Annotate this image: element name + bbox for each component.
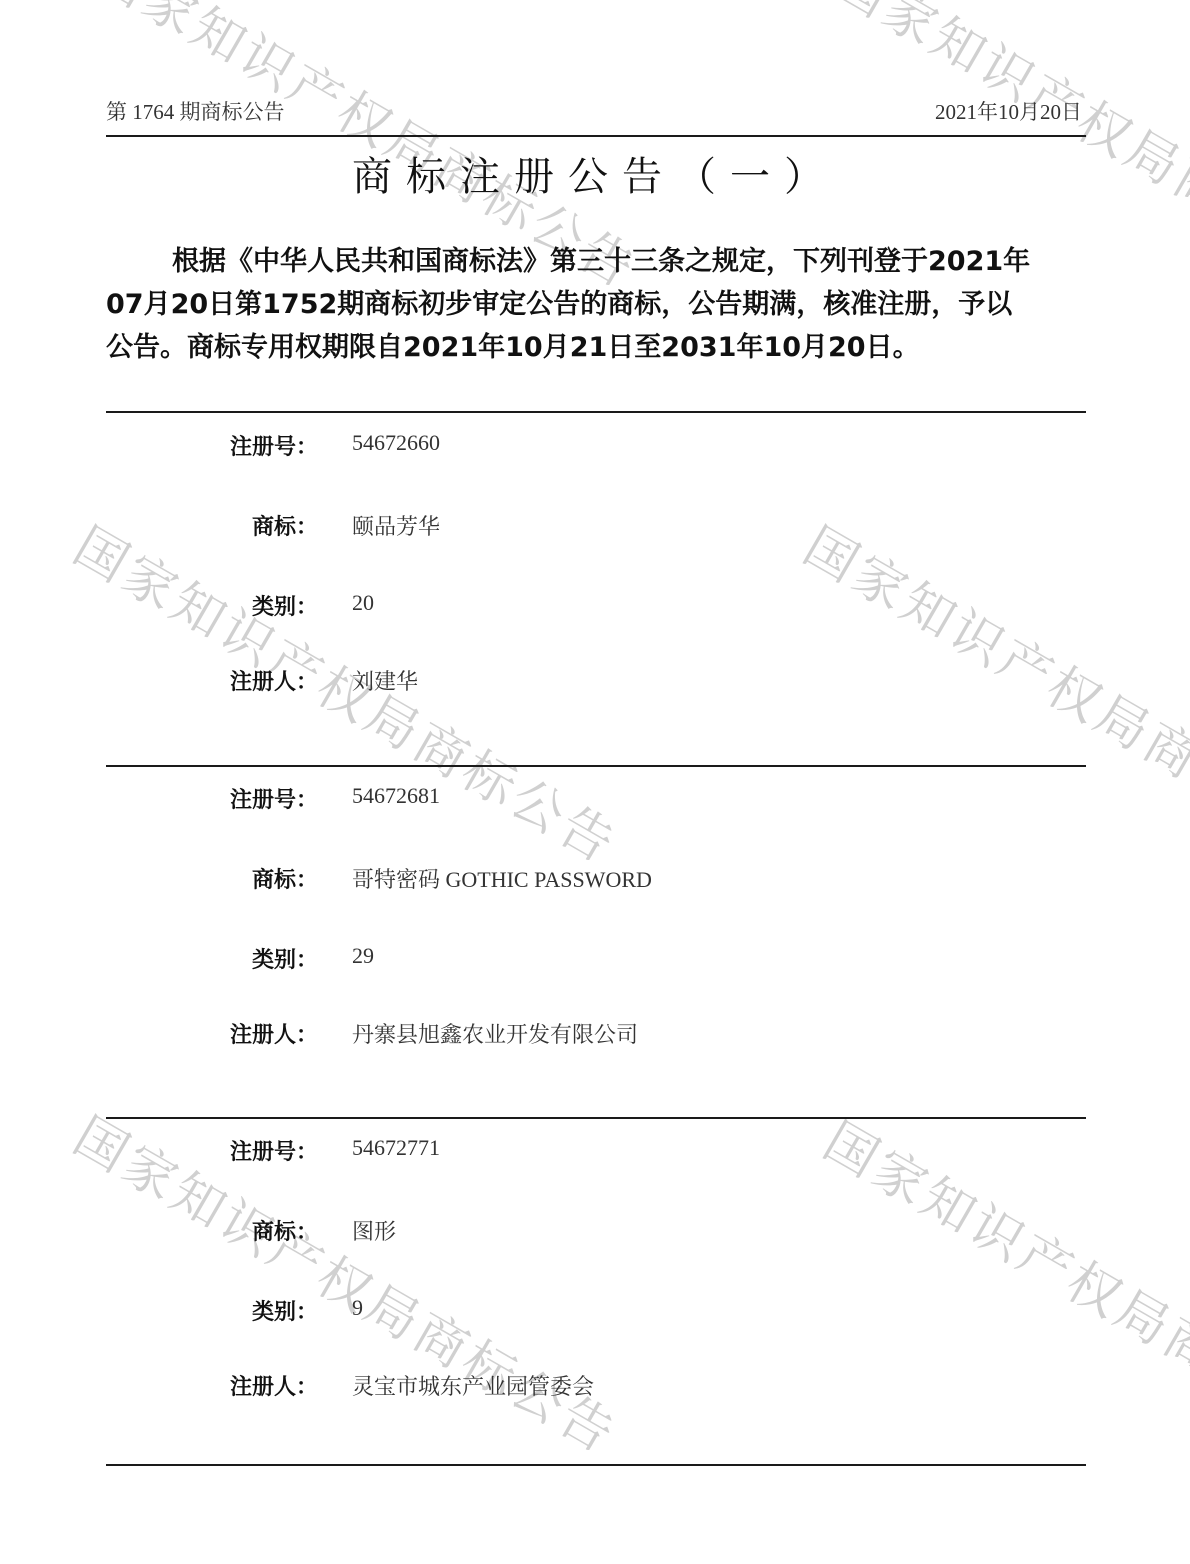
class-value: 29 xyxy=(352,943,374,969)
reg-no-label: 注册号： xyxy=(230,430,318,461)
class-label: 类别： xyxy=(252,943,318,974)
mark-value: 颐品芳华 xyxy=(352,510,440,541)
mark-value: 图形 xyxy=(352,1215,396,1246)
mark-row: 商标： 图形 xyxy=(0,1215,1190,1249)
reg-no-value: 54672681 xyxy=(352,783,440,809)
reg-no-label: 注册号： xyxy=(230,1135,318,1166)
publication-date: 2021年10月20日 xyxy=(935,96,1082,126)
intro-line: 根据《中华人民共和国商标法》第三十三条之规定，下列刊登于2021年 xyxy=(106,240,1088,283)
reg-no-row: 注册号： 54672681 xyxy=(0,783,1190,817)
registrant-value: 灵宝市城东产业园管委会 xyxy=(352,1370,594,1401)
registrant-row: 注册人： 丹寨县旭鑫农业开发有限公司 xyxy=(0,1018,1190,1052)
entry-divider xyxy=(106,1117,1086,1119)
registrant-value: 刘建华 xyxy=(352,665,418,696)
class-value: 20 xyxy=(352,590,374,616)
mark-label: 商标： xyxy=(252,1215,318,1246)
class-label: 类别： xyxy=(252,590,318,621)
registrant-label: 注册人： xyxy=(230,1018,318,1049)
class-label: 类别： xyxy=(252,1295,318,1326)
mark-value: 哥特密码 GOTHIC PASSWORD xyxy=(352,863,652,894)
mark-row: 商标： 哥特密码 GOTHIC PASSWORD xyxy=(0,863,1190,897)
reg-no-value: 54672660 xyxy=(352,430,440,456)
class-row: 类别： 20 xyxy=(0,590,1190,624)
class-value: 9 xyxy=(352,1295,363,1321)
reg-no-value: 54672771 xyxy=(352,1135,440,1161)
intro-paragraph: 根据《中华人民共和国商标法》第三十三条之规定，下列刊登于2021年 07月20日… xyxy=(106,240,1088,369)
mark-label: 商标： xyxy=(252,863,318,894)
class-row: 类别： 29 xyxy=(0,943,1190,977)
intro-line: 公告。商标专用权期限自2021年10月21日至2031年10月20日。 xyxy=(106,326,1088,369)
header-divider xyxy=(106,135,1086,137)
reg-no-row: 注册号： 54672660 xyxy=(0,430,1190,464)
registrant-label: 注册人： xyxy=(230,1370,318,1401)
reg-no-label: 注册号： xyxy=(230,783,318,814)
reg-no-row: 注册号： 54672771 xyxy=(0,1135,1190,1169)
page-title: 商标注册公告（一） xyxy=(0,145,1190,202)
entry-divider xyxy=(106,765,1086,767)
registrant-row: 注册人： 灵宝市城东产业园管委会 xyxy=(0,1370,1190,1404)
intro-line: 07月20日第1752期商标初步审定公告的商标，公告期满，核准注册，予以 xyxy=(106,283,1088,326)
registrant-label: 注册人： xyxy=(230,665,318,696)
mark-row: 商标： 颐品芳华 xyxy=(0,510,1190,544)
registrant-value: 丹寨县旭鑫农业开发有限公司 xyxy=(352,1018,638,1049)
issue-number: 第 1764 期商标公告 xyxy=(106,96,285,126)
mark-label: 商标： xyxy=(252,510,318,541)
class-row: 类别： 9 xyxy=(0,1295,1190,1329)
entry-divider xyxy=(106,411,1086,413)
registrant-row: 注册人： 刘建华 xyxy=(0,665,1190,699)
footer-divider xyxy=(106,1464,1086,1466)
